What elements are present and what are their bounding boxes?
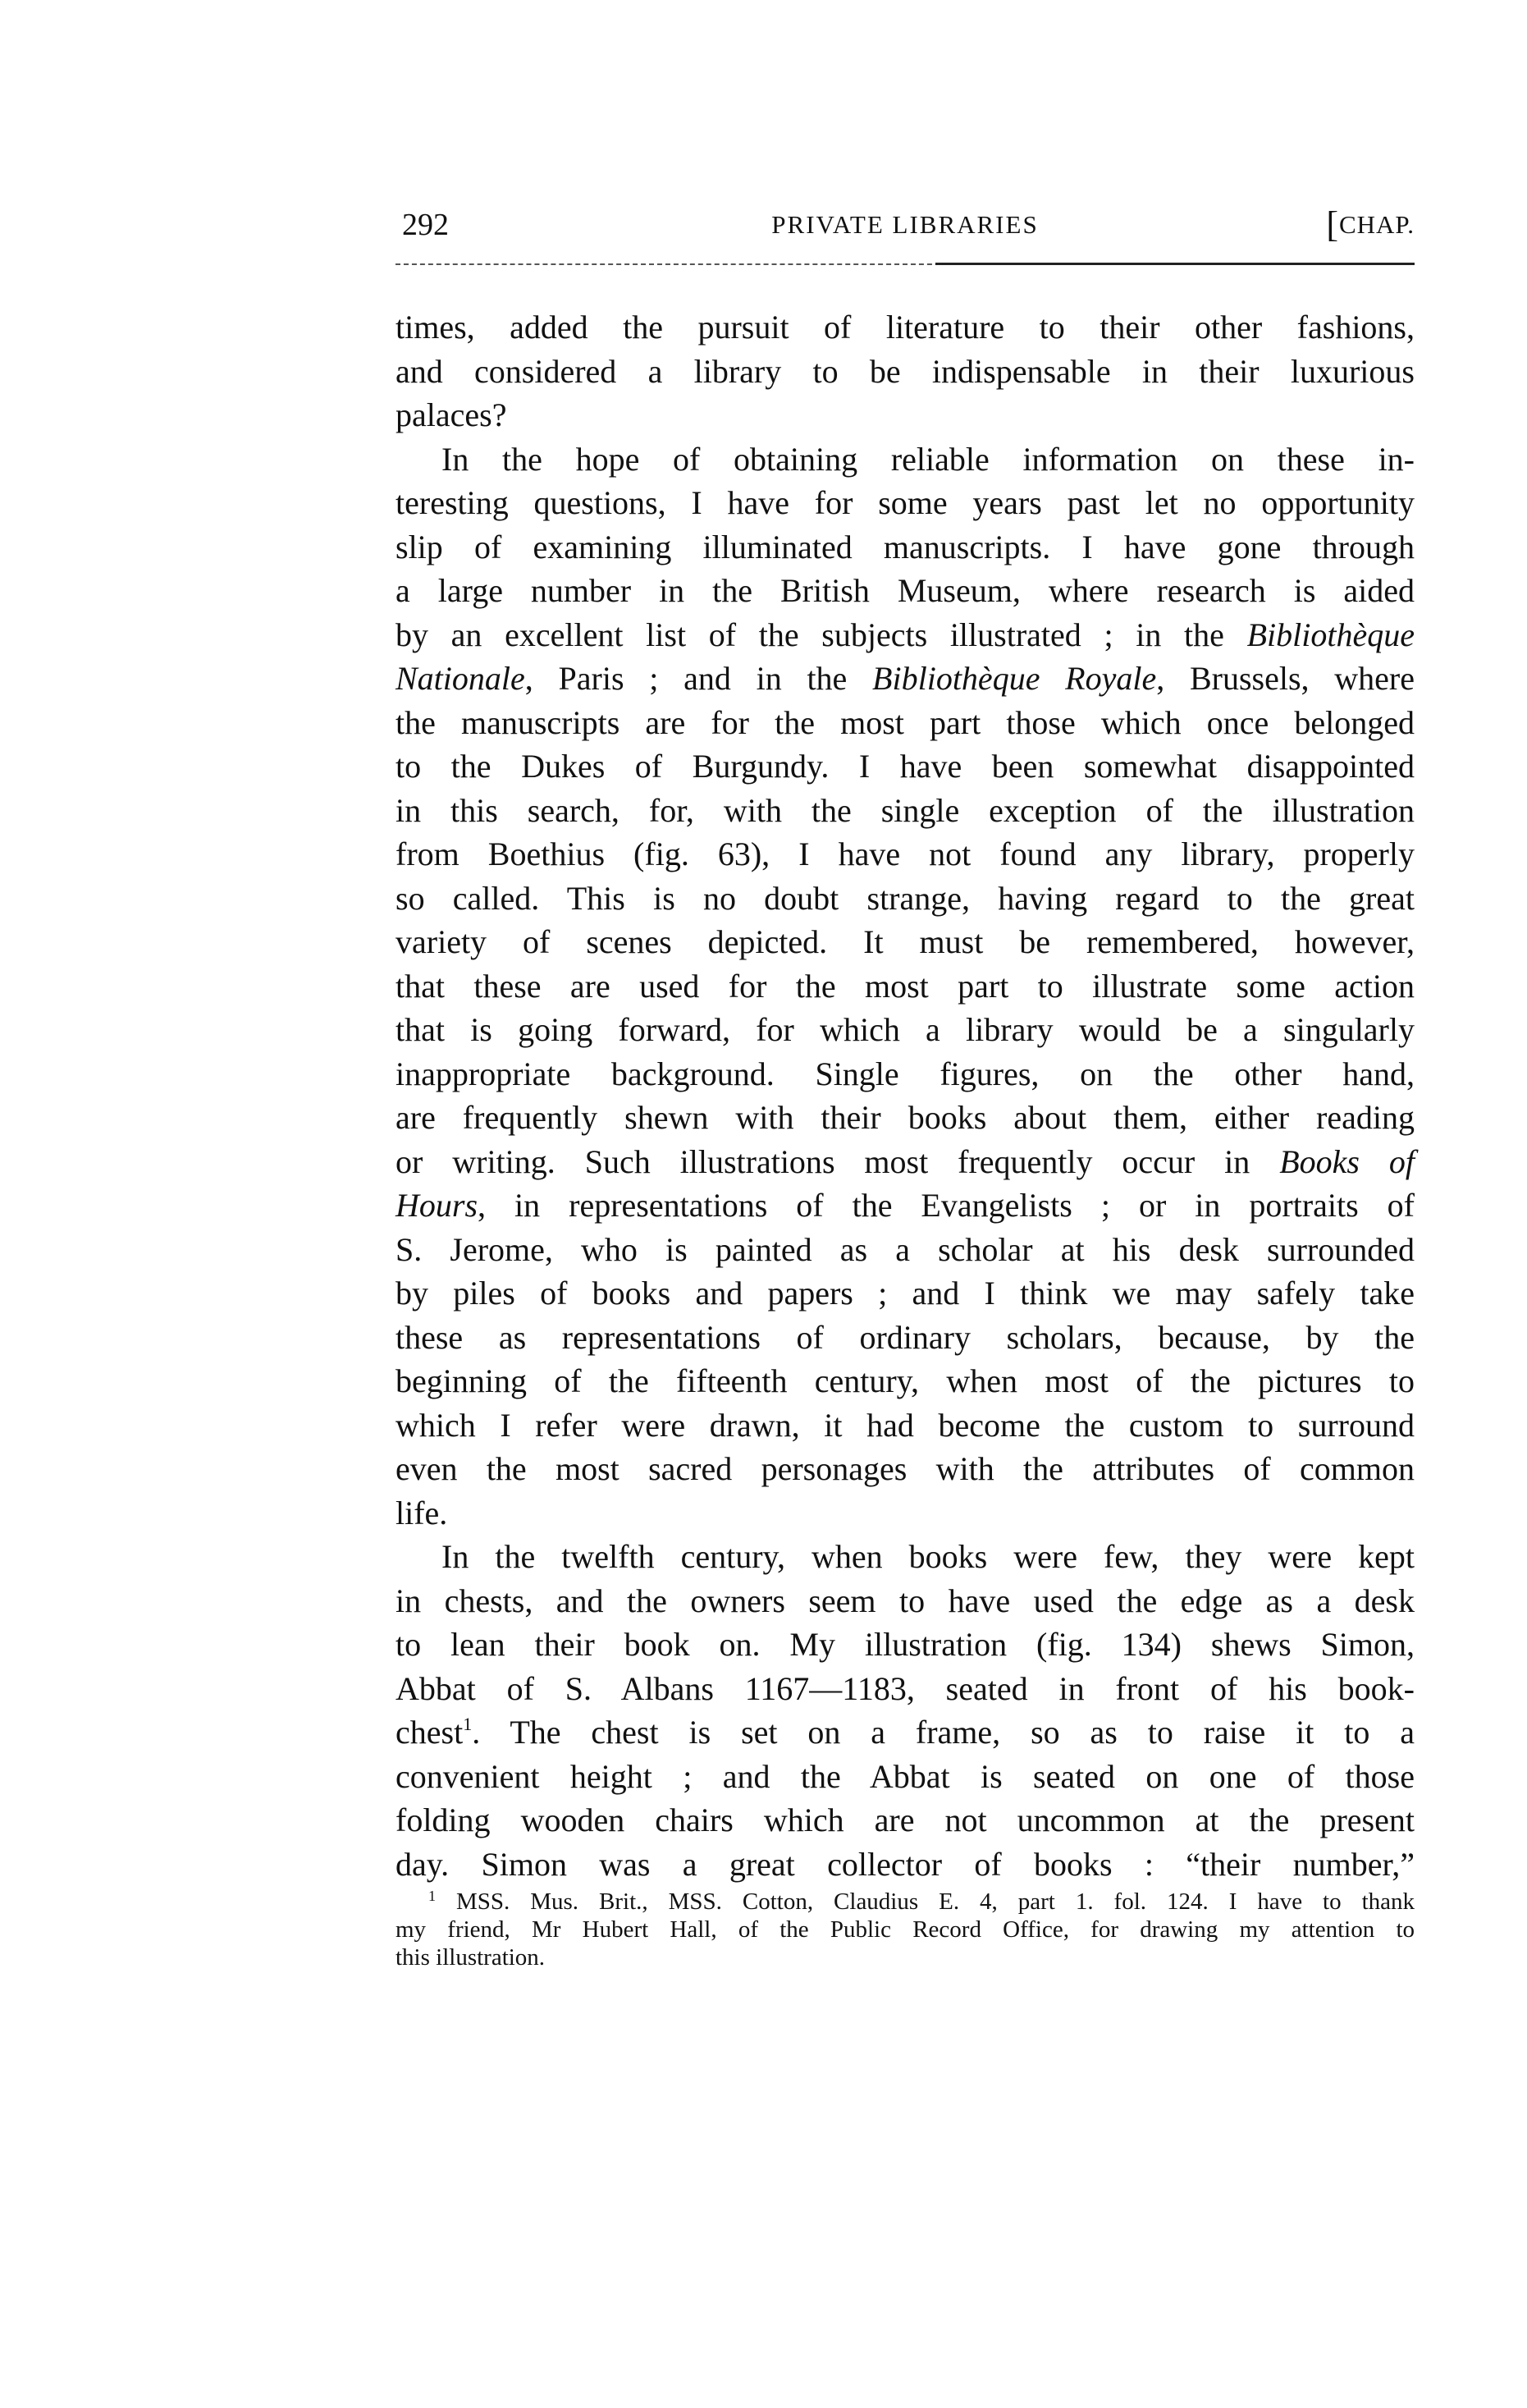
italic-title: Bibliothèque Royale [872,660,1156,697]
text-line: palaces? [395,393,1415,437]
text-run: chest [395,1714,463,1751]
text-run: , in representations of the Evangelists … [478,1187,1415,1224]
text-run: by an excellent list of the subjects ill… [395,616,1247,653]
text-line: to the Dukes of Burgundy. I have been so… [395,744,1415,789]
footnotes: 1 MSS. Mus. Brit., MSS. Cotton, Claudius… [395,1888,1415,1971]
text-line: chest1. The chest is set on a frame, so … [395,1710,1415,1755]
text-line: convenient height ; and the Abbat is sea… [395,1755,1415,1799]
footnote-line: this illustration. [395,1943,1415,1971]
text-run: MSS. Mus. Brit., MSS. Cotton, Claudius E… [436,1888,1415,1915]
text-line: teresting questions, I have for some yea… [395,481,1415,525]
italic-title: Books of [1279,1143,1415,1180]
text-line: variety of scenes depicted. It must be r… [395,920,1415,964]
text-line: day. Simon was a great collector of book… [395,1843,1415,1887]
body-text: times, added the pursuit of literature t… [395,305,1415,1886]
text-line: are frequently shewn with their books ab… [395,1096,1415,1140]
text-line: in this search, for, with the single exc… [395,789,1415,833]
running-header: 292 PRIVATE LIBRARIES [CHAP. [395,200,1415,249]
text-line: even the most sacred personages with the… [395,1447,1415,1491]
text-run: , Paris ; and in the [525,660,872,697]
text-run: , Brussels, where [1156,660,1415,697]
italic-title: Hours [395,1187,478,1224]
footnote-line: my friend, Mr Hubert Hall, of the Public… [395,1916,1415,1943]
italic-title: Bibliothèque [1247,616,1415,653]
italic-title: Nationale [395,660,525,697]
text-line: which I refer were drawn, it had become … [395,1403,1415,1448]
text-line: in chests, and the owners seem to have u… [395,1579,1415,1623]
text-line: these as representations of ordinary sch… [395,1316,1415,1360]
running-title: PRIVATE LIBRARIES [395,200,1415,249]
footnote-line: 1 MSS. Mus. Brit., MSS. Cotton, Claudius… [395,1888,1415,1916]
text-line: folding wooden chairs which are not unco… [395,1798,1415,1843]
text-line: beginning of the fifteenth century, when… [395,1359,1415,1403]
chapter-label: CHAP. [1339,210,1415,239]
text-line: and considered a library to be indispens… [395,350,1415,394]
text-run: or writing. Such illustrations most freq… [395,1143,1279,1180]
text-line: that is going forward, for which a libra… [395,1008,1415,1052]
text-line: times, added the pursuit of literature t… [395,305,1415,350]
footnote-marker: 1 [428,1888,436,1904]
text-line: by an excellent list of the subjects ill… [395,613,1415,657]
footnote-marker: 1 [463,1714,472,1734]
text-line: to lean their book on. My illustration (… [395,1623,1415,1667]
text-line: a large number in the British Museum, wh… [395,569,1415,613]
text-line: the manuscripts are for the most part th… [395,701,1415,745]
text-line: life. [395,1491,1415,1536]
text-line: Abbat of S. Albans 1167—1183, seated in … [395,1667,1415,1711]
chapter-marker: [CHAP. [1326,200,1415,249]
text-line: S. Jerome, who is painted as a scholar a… [395,1228,1415,1272]
chapter-bracket: [ [1326,204,1339,245]
text-line: from Boethius (fig. 63), I have not foun… [395,832,1415,877]
header-rule-solid [935,263,1415,265]
text-line: or writing. Such illustrations most freq… [395,1140,1415,1184]
text-line: so called. This is no doubt strange, hav… [395,877,1415,921]
text-line: inappropriate background. Single figures… [395,1052,1415,1096]
text-line: slip of examining illuminated manuscript… [395,525,1415,570]
text-line: Nationale, Paris ; and in the Bibliothèq… [395,657,1415,701]
text-line: by piles of books and papers ; and I thi… [395,1271,1415,1316]
text-line: In the twelfth century, when books were … [395,1535,1415,1579]
text-line: Hours, in representations of the Evangel… [395,1183,1415,1228]
text-run: . The chest is set on a frame, so as to … [472,1714,1415,1751]
text-line: In the hope of obtaining reliable inform… [395,437,1415,482]
text-line: that these are used for the most part to… [395,964,1415,1009]
